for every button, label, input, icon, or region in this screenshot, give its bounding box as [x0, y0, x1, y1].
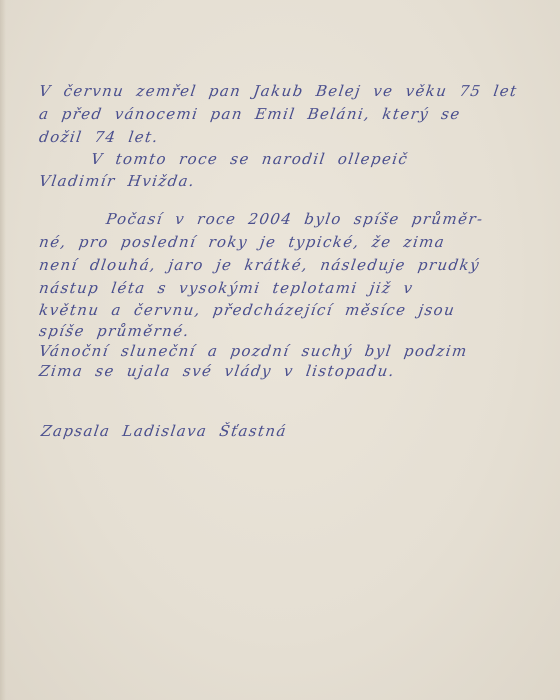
handwritten-line: Vladimír Hvižda. [38, 172, 196, 190]
handwritten-line: nástup léta s vysokými teplotami již v [38, 279, 415, 297]
handwritten-line: Zima se ujala své vlády v listopadu. [38, 362, 396, 380]
handwritten-chronicle-page: V červnu zemřel pan Jakub Belej ve věku … [0, 0, 560, 700]
signature-line: Zapsala Ladislava Šťastná [40, 422, 288, 440]
handwritten-line: květnu a červnu, předcházející měsíce js… [38, 301, 457, 319]
handwritten-line: není dlouhá, jaro je krátké, následuje p… [38, 256, 481, 274]
handwritten-line: a před vánocemi pan Emil Beláni, který s… [38, 105, 462, 123]
handwritten-line: dožil 74 let. [38, 128, 160, 146]
handwritten-line: né, pro poslední roky je typické, že zim… [38, 233, 446, 251]
page-edge-shadow [0, 0, 6, 700]
handwritten-line: Počasí v roce 2004 bylo spíše průměr- [105, 210, 485, 228]
handwritten-line: V tomto roce se narodil ollepeič [90, 150, 410, 168]
handwritten-line: spíše průměrné. [38, 322, 191, 340]
handwritten-line: V červnu zemřel pan Jakub Belej ve věku … [38, 82, 519, 100]
handwritten-line: Vánoční sluneční a pozdní suchý byl podz… [38, 342, 469, 360]
